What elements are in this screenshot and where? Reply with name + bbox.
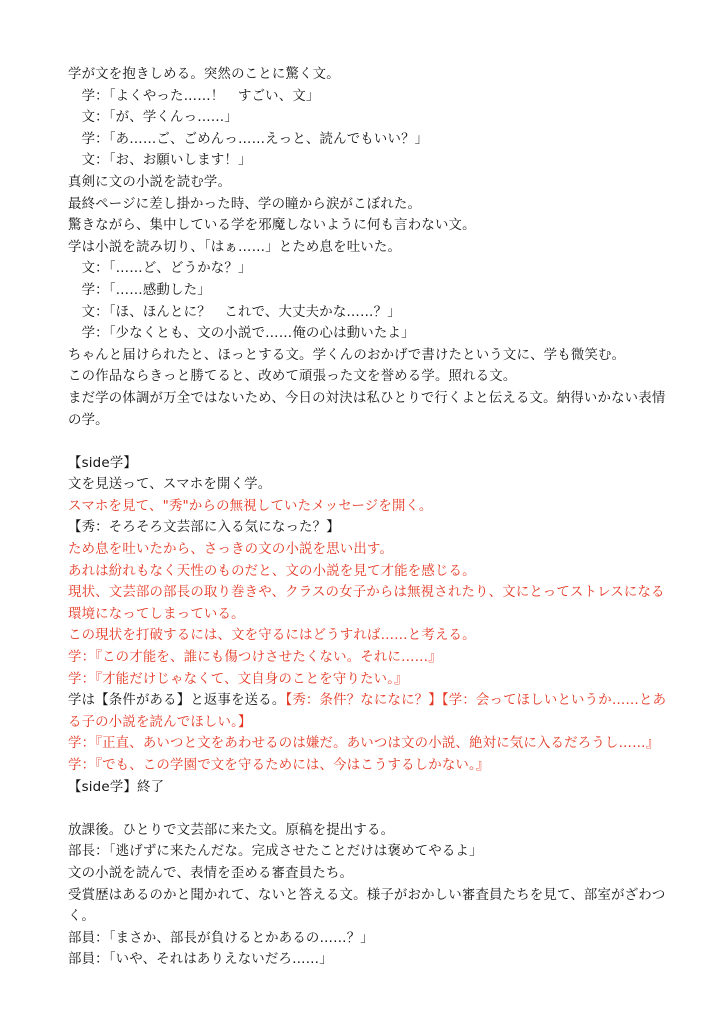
narration-line: 学が文を抱きしめる。突然のことに驚く文。 [68, 64, 668, 86]
dialogue-line: 文：「お、お願いします！」 [68, 150, 668, 172]
narration-segment: 学は【条件がある】と返事を送る。 [68, 693, 285, 708]
blank-line [68, 798, 668, 820]
highlighted-dialogue: 学：『この才能を、誰にも傷つけさせたくない。それに……』 [68, 647, 668, 669]
narration-line: ちゃんと届けられたと、ほっとする文。学くんのおかげで書けたという文に、学も微笑む… [68, 345, 668, 367]
highlighted-line: あれは紛れもなく天性のものだと、文の小説を見て才能を感じる。 [68, 561, 668, 583]
dialogue-line: 学：「あ……ご、ごめんっ……えっと、読んでもいい？」 [68, 129, 668, 151]
narration-line: 最終ページに差し掛かった時、学の瞳から涙がこぼれた。 [68, 194, 668, 216]
highlighted-line: この現状を打破するには、文を守るにはどうすれば……と考える。 [68, 625, 668, 647]
blank-line [68, 431, 668, 453]
message-line: 【秀：そろそろ文芸部に入る気になった？】 [68, 517, 668, 539]
narration-line: この作品ならきっと勝てると、改めて頑張った文を誉める学。照れる文。 [68, 366, 668, 388]
section-heading: 【side学】 [68, 453, 668, 475]
narration-line: 受賞歴はあるのかと聞かれて、ないと答える文。様子がおかしい審査員たちを見て、部室… [68, 885, 668, 928]
dialogue-line: 文：「ほ、ほんとに？ これで、大丈夫かな……？」 [68, 302, 668, 324]
narration-line: 文を見送って、スマホを開く学。 [68, 474, 668, 496]
dialogue-line: 学：「少なくとも、文の小説で……俺の心は動いたよ」 [68, 323, 668, 345]
narration-line: 文の小説を読んで、表情を歪める審査員たち。 [68, 863, 668, 885]
dialogue-line: 学：「……感動した」 [68, 280, 668, 302]
narration-line: 驚きながら、集中している学を邪魔しないように何も言わない文。 [68, 215, 668, 237]
dialogue-line: 部長：「逃げずに来たんだな。完成させたことだけは褒めてやるよ」 [68, 841, 668, 863]
dialogue-line: 部員：「いや、それはありえないだろ……」 [68, 949, 668, 971]
dialogue-line: 学：「よくやった……！ すごい、文」 [68, 86, 668, 108]
dialogue-line: 文：「……ど、どうかな？」 [68, 258, 668, 280]
highlighted-dialogue: 学：『才能だけじゃなくて、文自身のことを守りたい。』 [68, 669, 668, 691]
dialogue-line: 部員：「まさか、部長が負けるとかあるの……？」 [68, 928, 668, 950]
highlighted-line: 現状、文芸部の部長の取り巻きや、クラスの女子からは無視されたり、文にとってストレ… [68, 582, 668, 625]
highlighted-line: スマホを見て、"秀"からの無視していたメッセージを開く。 [68, 496, 668, 518]
narration-line: 真剣に文の小説を読む学。 [68, 172, 668, 194]
document-page: 学が文を抱きしめる。突然のことに驚く文。 学：「よくやった……！ すごい、文」 … [68, 64, 668, 971]
dialogue-line: 文：「が、学くんっ……」 [68, 107, 668, 129]
highlighted-line: ため息を吐いたから、さっきの文の小説を思い出す。 [68, 539, 668, 561]
highlighted-dialogue: 学：『でも、この学園で文を守るためには、今はこうするしかない。』 [68, 755, 668, 777]
highlighted-dialogue: 学：『正直、あいつと文をあわせるのは嫌だ。あいつは文の小説、絶対に気に入るだろう… [68, 733, 668, 755]
narration-line: 学は小説を読み切り、「はぁ……」とため息を吐いた。 [68, 237, 668, 259]
narration-line: まだ学の体調が万全ではないため、今日の対決は私ひとりで行くよと伝える文。納得いか… [68, 388, 668, 431]
section-end: 【side学】終了 [68, 777, 668, 799]
narration-line: 放課後。ひとりで文芸部に来た文。原稿を提出する。 [68, 820, 668, 842]
mixed-line: 学は【条件がある】と返事を送る。【秀：条件？なになに？】【学：会ってほしいという… [68, 690, 668, 733]
